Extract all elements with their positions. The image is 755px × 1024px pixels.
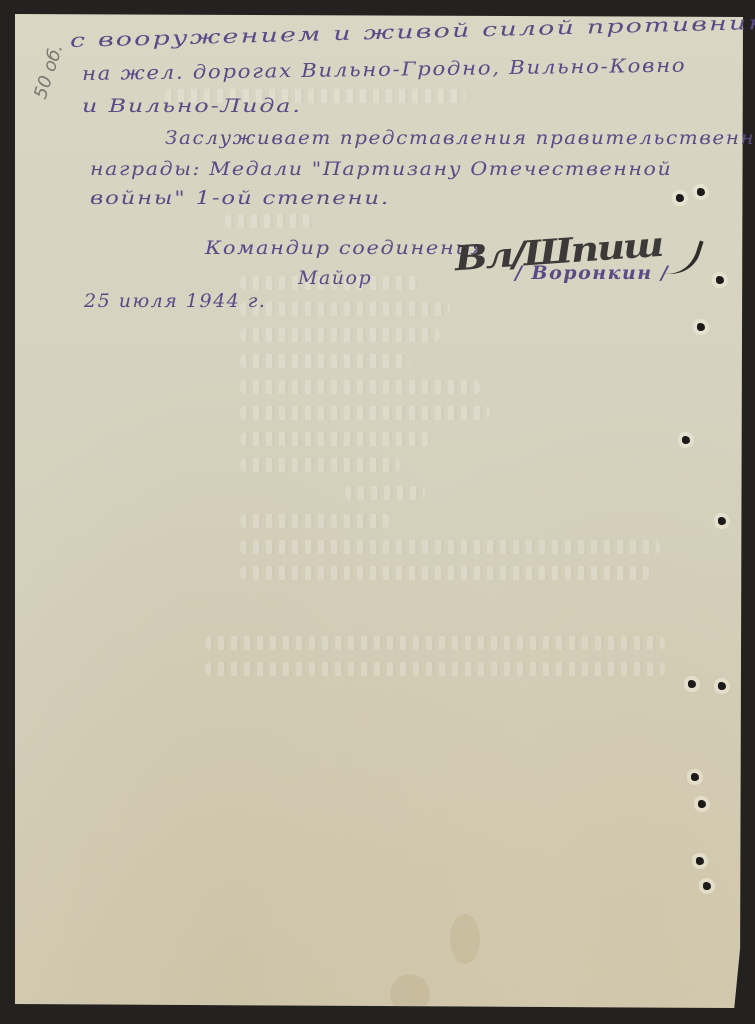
recommendation-line-3: войны" 1-ой степени. (90, 187, 390, 209)
commander-name: / Воронкин / (515, 262, 669, 284)
embossed-text (225, 214, 315, 228)
punch-hole (682, 436, 690, 444)
paper-stain (450, 914, 480, 964)
commander-title: Командир соединения (205, 237, 486, 259)
punch-hole (697, 323, 705, 331)
punch-hole (676, 194, 684, 202)
embossed-text (345, 486, 425, 500)
embossed-text (240, 302, 450, 316)
embossed-text (240, 432, 430, 446)
punch-hole (691, 773, 699, 781)
body-line-3: и Вильно-Лида. (82, 95, 302, 117)
embossed-text (240, 566, 650, 580)
embossed-text (240, 380, 480, 394)
punch-hole (696, 857, 704, 865)
punch-hole (716, 276, 724, 284)
punch-hole (697, 188, 705, 196)
embossed-text (240, 406, 490, 420)
commander-rank: Майор (298, 267, 372, 289)
recommendation-line-1: Заслуживает представления правительствен… (165, 127, 755, 149)
punch-hole (718, 517, 726, 525)
document-date: 25 июля 1944 г. (84, 290, 266, 312)
punch-hole (718, 682, 726, 690)
document-scan: 50 об. с вооружением и живой силой проти… (0, 0, 755, 1024)
embossed-text (240, 328, 440, 342)
embossed-text (205, 662, 665, 676)
embossed-text (240, 354, 410, 368)
paper-stain (390, 974, 430, 1014)
punch-hole (698, 800, 706, 808)
punch-hole (688, 680, 696, 688)
punch-hole (703, 882, 711, 890)
embossed-text (240, 540, 660, 554)
recommendation-line-2: награды: Медали "Партизану Отечественной (90, 158, 672, 180)
embossed-text (240, 458, 400, 472)
embossed-text (240, 514, 390, 528)
embossed-text (205, 636, 665, 650)
